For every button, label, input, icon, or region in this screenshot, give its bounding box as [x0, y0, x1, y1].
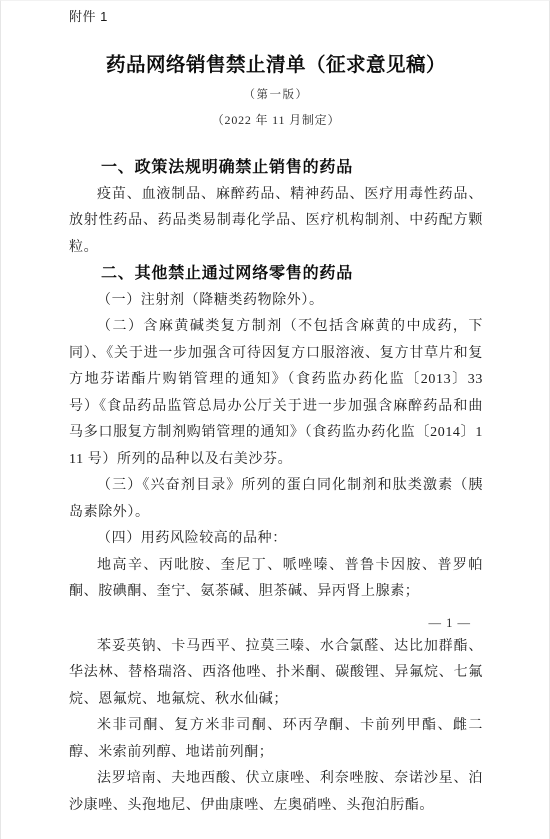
drug-list-1: 地高辛、丙吡胺、奎尼丁、哌唑嗪、普鲁卡因胺、普罗帕酮、胺碘酮、奎宁、氨茶碱、胆茶… — [69, 553, 483, 606]
item-ephedrine-compounds: （二）含麻黄碱类复方制剂（不包括含麻黄的中成药，下同）、《关于进一步加强含可待因… — [69, 314, 483, 473]
section-1-heading: 一、政策法规明确禁止销售的药品 — [69, 155, 483, 182]
page-number: — 1 — — [69, 616, 483, 630]
drug-list-4: 法罗培南、夫地西酸、伏立康唑、利奈唑胺、奈诺沙星、泊沙康唑、头孢地尼、伊曲康唑、… — [69, 766, 483, 819]
date-note: （2022 年 11 月制定） — [69, 112, 483, 128]
drug-list-3: 米非司酮、复方米非司酮、环丙孕酮、卡前列甲酯、雌二醇、米索前列醇、地诺前列酮； — [69, 713, 483, 766]
edition-note: （第一版） — [69, 88, 483, 102]
section-1-paragraph: 疫苗、血液制品、麻醉药品、精神药品、医疗用毒性药品、放射性药品、药品类易制毒化学… — [69, 182, 483, 262]
item-high-risk-heading: （四）用药风险较高的品种： — [69, 526, 483, 553]
document-title: 药品网络销售禁止清单（征求意见稿） — [69, 51, 483, 79]
item-injections: （一）注射剂（降糖类药物除外）。 — [69, 288, 483, 315]
document-page: 附件 1 药品网络销售禁止清单（征求意见稿） （第一版） （2022 年 11 … — [0, 0, 550, 839]
section-2-heading: 二、其他禁止通过网络零售的药品 — [69, 261, 483, 288]
attachment-label: 附件 1 — [69, 9, 483, 25]
drug-list-2: 苯妥英钠、卡马西平、拉莫三嗪、水合氯醛、达比加群酯、华法林、替格瑞洛、西洛他唑、… — [69, 634, 483, 714]
item-stimulants-catalog: （三）《兴奋剂目录》所列的蛋白同化制剂和肽类激素（胰岛素除外）。 — [69, 473, 483, 526]
